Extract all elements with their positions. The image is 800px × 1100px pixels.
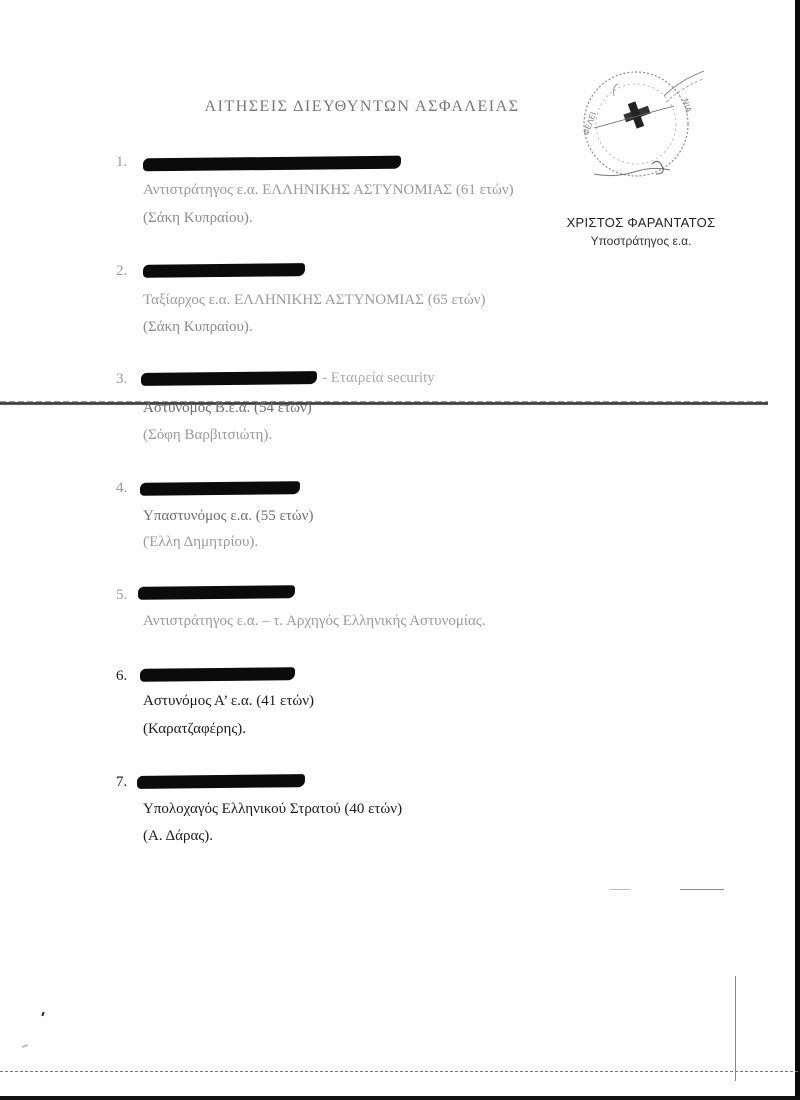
item-number: 2.: [116, 263, 127, 280]
scan-artifact: [41, 1012, 44, 1016]
official-stamp-icon: ΦΕΛΕΙ ΝΙΑ: [574, 66, 704, 186]
referrer-line: (Σόφη Βαρβιτσιώτη).: [143, 427, 272, 444]
referrer-line: (Σάκη Κυπραίου).: [143, 210, 253, 227]
signer-rank: Υποστράτηγος ε.α.: [566, 234, 716, 248]
fold-line: [0, 402, 768, 405]
name-suffix: - Εταιρεία security: [322, 370, 435, 387]
referrer-line: (Σάκη Κυπραίου).: [143, 319, 253, 336]
item-number: 5.: [116, 587, 127, 604]
redaction-bar: [138, 585, 295, 600]
item-number: 6.: [116, 668, 127, 685]
referrer-line: (Έλλη Δημητρίου).: [143, 534, 258, 551]
item-number: 3.: [116, 371, 127, 388]
scan-artifact: [22, 1044, 28, 1048]
svg-text:ΝΙΑ: ΝΙΑ: [680, 98, 693, 115]
scan-artifact: [680, 889, 724, 890]
rank-line: Ταξίαρχος ε.α. ΕΛΛΗΝΙΚΗΣ ΑΣΤΥΝΟΜΙΑΣ (65 …: [143, 292, 485, 309]
rank-line: Αστυνόμος Α’ ε.α. (41 ετών): [143, 693, 314, 710]
rank-line: Αντιστράτηγος ε.α. ΕΛΛΗΝΙΚΗΣ ΑΣΤΥΝΟΜΙΑΣ …: [143, 182, 514, 199]
redaction-bar: [140, 481, 300, 496]
redaction-bar: [140, 667, 295, 682]
scan-edge-right: [795, 0, 800, 1100]
item-number: 1.: [116, 154, 127, 171]
redaction-bar: [137, 774, 305, 789]
signer-name: ΧΡΙΣΤΟΣ ΦΑΡΑΝΤΑΤΟΣ: [566, 215, 716, 230]
rank-line: Αστυνόμος Β.ε.α. (54 ετών): [143, 400, 312, 417]
item-number: 4.: [116, 480, 127, 497]
scan-edge-bottom: [0, 1096, 800, 1100]
scan-artifact: [610, 889, 630, 890]
referrer-line: (Α. Δάρας).: [143, 828, 213, 845]
rank-line: Υπολοχαγός Ελληνικού Στρατού (40 ετών): [143, 801, 402, 818]
scan-artifact-line: [0, 1071, 800, 1072]
rank-line: Αντιστράτηγος ε.α. – τ. Αρχηγός Ελληνική…: [143, 613, 486, 630]
redaction-bar: [143, 263, 305, 278]
scan-artifact: [735, 976, 736, 1081]
referrer-line: (Καρατζαφέρης).: [143, 721, 246, 738]
item-number: 7.: [116, 774, 127, 791]
redaction-bar: [141, 371, 317, 386]
document-title: ΑΙΤΗΣΕΙΣ ΔΙΕΥΘΥΝΤΩΝ ΑΣΦΑΛΕΙΑΣ: [197, 98, 527, 116]
redaction-bar: [143, 156, 401, 172]
rank-line: Υπαστυνόμος ε.α. (55 ετών): [143, 508, 313, 525]
